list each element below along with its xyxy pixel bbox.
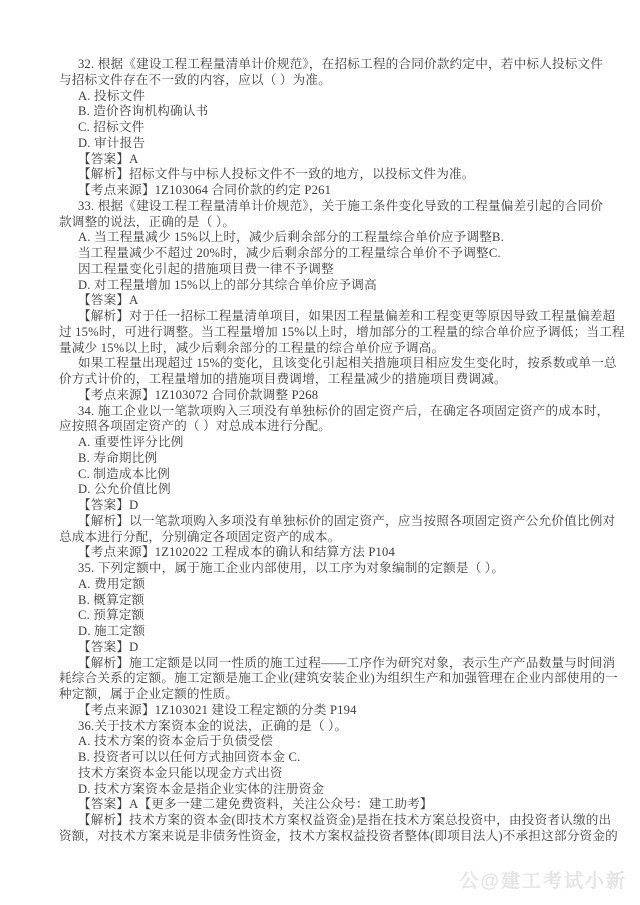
source: 【考点来源】1Z103021 建设工程定额的分类 P194 <box>59 703 585 719</box>
question-stem: 33. 根据《建设工程工程量清单计价规范》，关于施工条件变化导致的工程量偏差引起… <box>59 199 585 215</box>
question-block-32: 32. 根据《建设工程工程量清单计价规范》，在招标工程的合同价款约定中，若中标人… <box>59 57 585 199</box>
analysis-wrap: 总成本进行分配，分别确定各项固定资产的成本。 <box>59 530 585 546</box>
option: D. 对工程量增加 15%以上的部分其综合单价应予调高 <box>59 278 585 294</box>
exam-document-page: 32. 根据《建设工程工程量清单计价规范》，在招标工程的合同价款约定中，若中标人… <box>0 0 640 905</box>
analysis-wrap: 资额，对技术方案来说是非债务性资金，技术方案权益投资者整体(即项目法人)不承担这… <box>59 829 585 845</box>
option: C. 预算定额 <box>59 608 585 624</box>
option-wrap: 当工程量减少不超过 20%时，减少后剩余部分的工程量综合单价不予调整C. <box>59 246 585 262</box>
analysis-wrap: 过 15%时，可进行调整。当工程量增加 15%以上时，增加部分的工程量的综合单价… <box>59 325 585 341</box>
analysis: 【解析】技术方案的资本金(即技术方案权益资金)是指在技术方案总投资中，由投资者认… <box>59 813 585 829</box>
analysis-wrap: 耗综合关系的定额。施工定额是施工企业(建筑安装企业)为组织生产和加强管理在企业内… <box>59 671 585 687</box>
option: D. 施工定额 <box>59 624 585 640</box>
analysis: 【解析】施工定额是以同一性质的施工过程——工序作为研究对象，表示生产产品数量与时… <box>59 656 585 672</box>
option: A. 费用定额 <box>59 577 585 593</box>
analysis: 【解析】招标文件与中标人投标文件不一致的地方，以投标文件为准。 <box>59 167 585 183</box>
document-body: 32. 根据《建设工程工程量清单计价规范》，在招标工程的合同价款约定中，若中标人… <box>59 57 585 845</box>
analysis: 【解析】对于任一招标工程量清单项目，如果因工程量偏差和工程变更等原因导致工程量偏… <box>59 309 585 325</box>
question-block-34: 34. 施工企业以一笔款项购入三项没有单独标价的固定资产后，在确定各项固定资产的… <box>59 404 585 562</box>
question-stem-wrap: 应按照各项固定资产的（ ）对总成本进行分配。 <box>59 419 585 435</box>
question-block-36: 36.关于技术方案资本金的说法，正确的是（ ）。A. 技术方案的资本金后于负债受… <box>59 719 585 845</box>
option: C. 招标文件 <box>59 120 585 136</box>
analysis: 【解析】以一笔款项购入多项没有单独标价的固定资产，应当按照各项固定资产公允价值比… <box>59 514 585 530</box>
option: D. 公允价值比例 <box>59 482 585 498</box>
option: C. 制造成本比例 <box>59 467 585 483</box>
source: 【考点来源】1Z103072 合同价款调整 P268 <box>59 388 585 404</box>
option-wrap: 因工程量变化引起的措施项目费一律不予调整 <box>59 262 585 278</box>
analysis-wrap: 量减少 15%以上时，减少后剩余部分的工程量的综合单价应予调高。 <box>59 341 585 357</box>
option: A. 当工程量减少 15%以上时，减少后剩余部分的工程量综合单价应予调整B. <box>59 230 585 246</box>
question-block-33: 33. 根据《建设工程工程量清单计价规范》，关于施工条件变化导致的工程量偏差引起… <box>59 199 585 404</box>
answer: 【答案】A【更多一建二建免费资料，关注公众号：建工助考】 <box>59 797 585 813</box>
option: D. 技术方案资本金是指企业实体的注册资金 <box>59 782 585 798</box>
analysis-wrap: 种定额，属于企业定额的性质。 <box>59 687 585 703</box>
option: A. 技术方案的资本金后于负债受偿 <box>59 734 585 750</box>
option: B. 寿命期比例 <box>59 451 585 467</box>
option: B. 概算定额 <box>59 593 585 609</box>
question-stem: 32. 根据《建设工程工程量清单计价规范》，在招标工程的合同价款约定中，若中标人… <box>59 57 585 73</box>
option: A. 重要性评分比例 <box>59 435 585 451</box>
question-stem-wrap: 与招标文件存在不一致的内容，应以（ ）为准。 <box>59 73 585 89</box>
source: 【考点来源】1Z102022 工程成本的确认和结算方法 P104 <box>59 545 585 561</box>
question-stem: 35. 下列定额中，属于施工企业内部使用，以工序为对象编制的定额是（ ）。 <box>59 561 585 577</box>
answer: 【答案】D <box>59 498 585 514</box>
option: A. 投标文件 <box>59 89 585 105</box>
answer: 【答案】A <box>59 293 585 309</box>
question-block-35: 35. 下列定额中，属于施工企业内部使用，以工序为对象编制的定额是（ ）。A. … <box>59 561 585 719</box>
option-wrap: 技术方案资本金只能以现金方式出资 <box>59 766 585 782</box>
analysis-wrap: 价方式计价的，工程量增加的措施项目费调增，工程量减少的措施项目费调减。 <box>59 372 585 388</box>
question-stem-wrap: 款调整的说法，正确的是（ ）。 <box>59 215 585 231</box>
question-stem: 36.关于技术方案资本金的说法，正确的是（ ）。 <box>59 719 585 735</box>
option: D. 审计报告 <box>59 136 585 152</box>
source: 【考点来源】1Z103064 合同价款的约定 P261 <box>59 183 585 199</box>
analysis: 如果工程量出现超过 15%的变化，且该变化引起相关措施项目相应发生变化时，按系数… <box>59 356 585 372</box>
question-stem: 34. 施工企业以一笔款项购入三项没有单独标价的固定资产后，在确定各项固定资产的… <box>59 404 585 420</box>
answer: 【答案】A <box>59 152 585 168</box>
option: B. 造价咨询机构确认书 <box>59 104 585 120</box>
option: B. 投资者可以以任何方式抽回资本金 C. <box>59 750 585 766</box>
watermark: 公@建工考试小新 <box>459 866 627 893</box>
answer: 【答案】D <box>59 640 585 656</box>
